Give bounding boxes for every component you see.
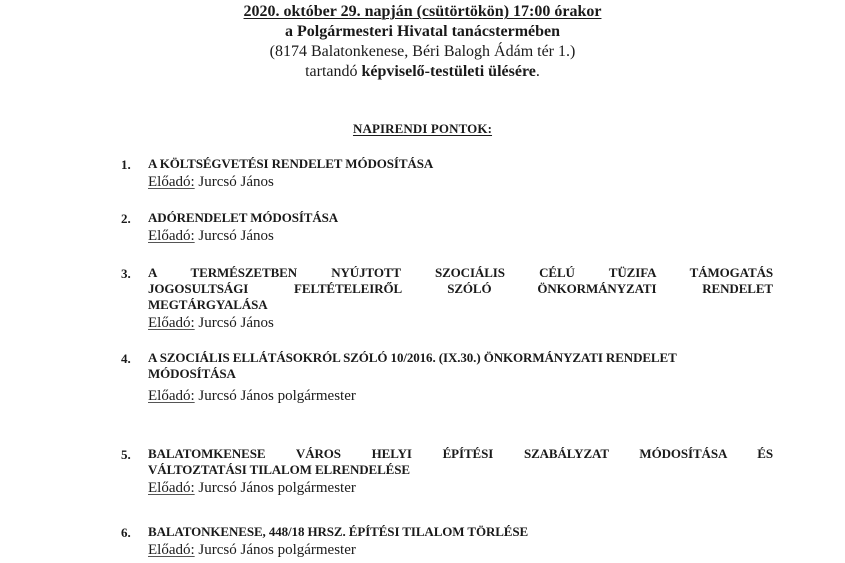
agenda-item-title-line: BALATONKENESE, 448/18 HRSZ. ÉPÍTÉSI TILA… [148, 524, 773, 540]
agenda-item-title: BALATOMKENESE VÁROS HELYI ÉPÍTÉSI SZABÁL… [148, 446, 773, 478]
agenda-item-title-line: ADÓRENDELET MÓDOSÍTÁSA [148, 210, 773, 226]
agenda-item-speaker: Előadó: Jurcsó János polgármester [148, 478, 773, 498]
meeting-address: (8174 Balatonkenese, Béri Balogh Ádám té… [0, 42, 845, 62]
agenda-item: 1. A KÖLTSÉGVETÉSI RENDELET MÓDOSÍTÁSA E… [121, 156, 773, 192]
agenda-item-title-line: BALATOMKENESE VÁROS HELYI ÉPÍTÉSI SZABÁL… [148, 446, 773, 462]
agenda-item-speaker: Előadó: Jurcsó János [148, 313, 773, 333]
agenda-item-number: 2. [121, 210, 131, 227]
speaker-name: Jurcsó János [195, 228, 274, 244]
speaker-name: Jurcsó János [195, 315, 274, 331]
speaker-label: Előadó: [148, 388, 195, 404]
agenda-item-speaker: Előadó: Jurcsó János polgármester [148, 540, 773, 560]
meeting-datetime: 2020. október 29. napján (csütörtökön) 1… [0, 2, 845, 22]
agenda-item-number: 4. [121, 350, 131, 367]
meeting-type-suffix: . [536, 63, 540, 80]
agenda-title: NAPIRENDI PONTOK: [0, 121, 845, 137]
agenda-item-title-line: MÓDOSÍTÁSA [148, 366, 773, 382]
speaker-name: Jurcsó János polgármester [195, 542, 356, 558]
speaker-name: Jurcsó János polgármester [195, 388, 356, 404]
speaker-label: Előadó: [148, 228, 195, 244]
agenda-item-number: 1. [121, 156, 131, 173]
agenda-item-title-line: JOGOSULTSÁGI FELTÉTELEIRŐL SZÓLÓ ÖNKORMÁ… [148, 281, 773, 297]
agenda-item: 3. A TERMÉSZETBEN NYÚJTOTT SZOCIÁLIS CÉL… [121, 265, 773, 333]
agenda-item-speaker: Előadó: Jurcsó János [148, 226, 773, 246]
meeting-type-prefix: tartandó [305, 63, 361, 80]
agenda-item-title-line: A TERMÉSZETBEN NYÚJTOTT SZOCIÁLIS CÉLÚ T… [148, 265, 773, 281]
meeting-type: tartandó képviselő-testületi ülésére. [0, 62, 845, 82]
agenda-item: 6. BALATONKENESE, 448/18 HRSZ. ÉPÍTÉSI T… [121, 524, 773, 560]
speaker-name: Jurcsó János [195, 174, 274, 190]
agenda-item: 5. BALATOMKENESE VÁROS HELYI ÉPÍTÉSI SZA… [121, 446, 773, 498]
speaker-label: Előadó: [148, 542, 195, 558]
speaker-label: Előadó: [148, 480, 195, 496]
meeting-type-bold: képviselő-testületi ülésére [362, 63, 536, 80]
agenda-item-title-line: VÁLTOZTATÁSI TILALOM ELRENDELÉSE [148, 462, 773, 478]
agenda-item: 2. ADÓRENDELET MÓDOSÍTÁSA Előadó: Jurcsó… [121, 210, 773, 246]
agenda-item-number: 3. [121, 265, 131, 282]
agenda-item-speaker: Előadó: Jurcsó János polgármester [148, 386, 773, 406]
agenda-item-title: ADÓRENDELET MÓDOSÍTÁSA [148, 210, 773, 226]
meeting-header: 2020. október 29. napján (csütörtökön) 1… [0, 2, 845, 82]
agenda-item-number: 5. [121, 446, 131, 463]
speaker-label: Előadó: [148, 174, 195, 190]
agenda-item-title: BALATONKENESE, 448/18 HRSZ. ÉPÍTÉSI TILA… [148, 524, 773, 540]
agenda-item-title-line: A KÖLTSÉGVETÉSI RENDELET MÓDOSÍTÁSA [148, 156, 773, 172]
agenda-item-title: A SZOCIÁLIS ELLÁTÁSOKRÓL SZÓLÓ 10/2016. … [148, 350, 773, 382]
agenda-item-title: A KÖLTSÉGVETÉSI RENDELET MÓDOSÍTÁSA [148, 156, 773, 172]
speaker-label: Előadó: [148, 315, 195, 331]
agenda-item-number: 6. [121, 524, 131, 541]
agenda-item-speaker: Előadó: Jurcsó János [148, 172, 773, 192]
meeting-venue: a Polgármesteri Hivatal tanácstermében [0, 22, 845, 42]
agenda-item: 4. A SZOCIÁLIS ELLÁTÁSOKRÓL SZÓLÓ 10/201… [121, 350, 773, 406]
agenda-item-title: A TERMÉSZETBEN NYÚJTOTT SZOCIÁLIS CÉLÚ T… [148, 265, 773, 313]
agenda-item-title-line: A SZOCIÁLIS ELLÁTÁSOKRÓL SZÓLÓ 10/2016. … [148, 350, 773, 366]
speaker-name: Jurcsó János polgármester [195, 480, 356, 496]
agenda-item-title-line: MEGTÁRGYALÁSA [148, 297, 773, 313]
